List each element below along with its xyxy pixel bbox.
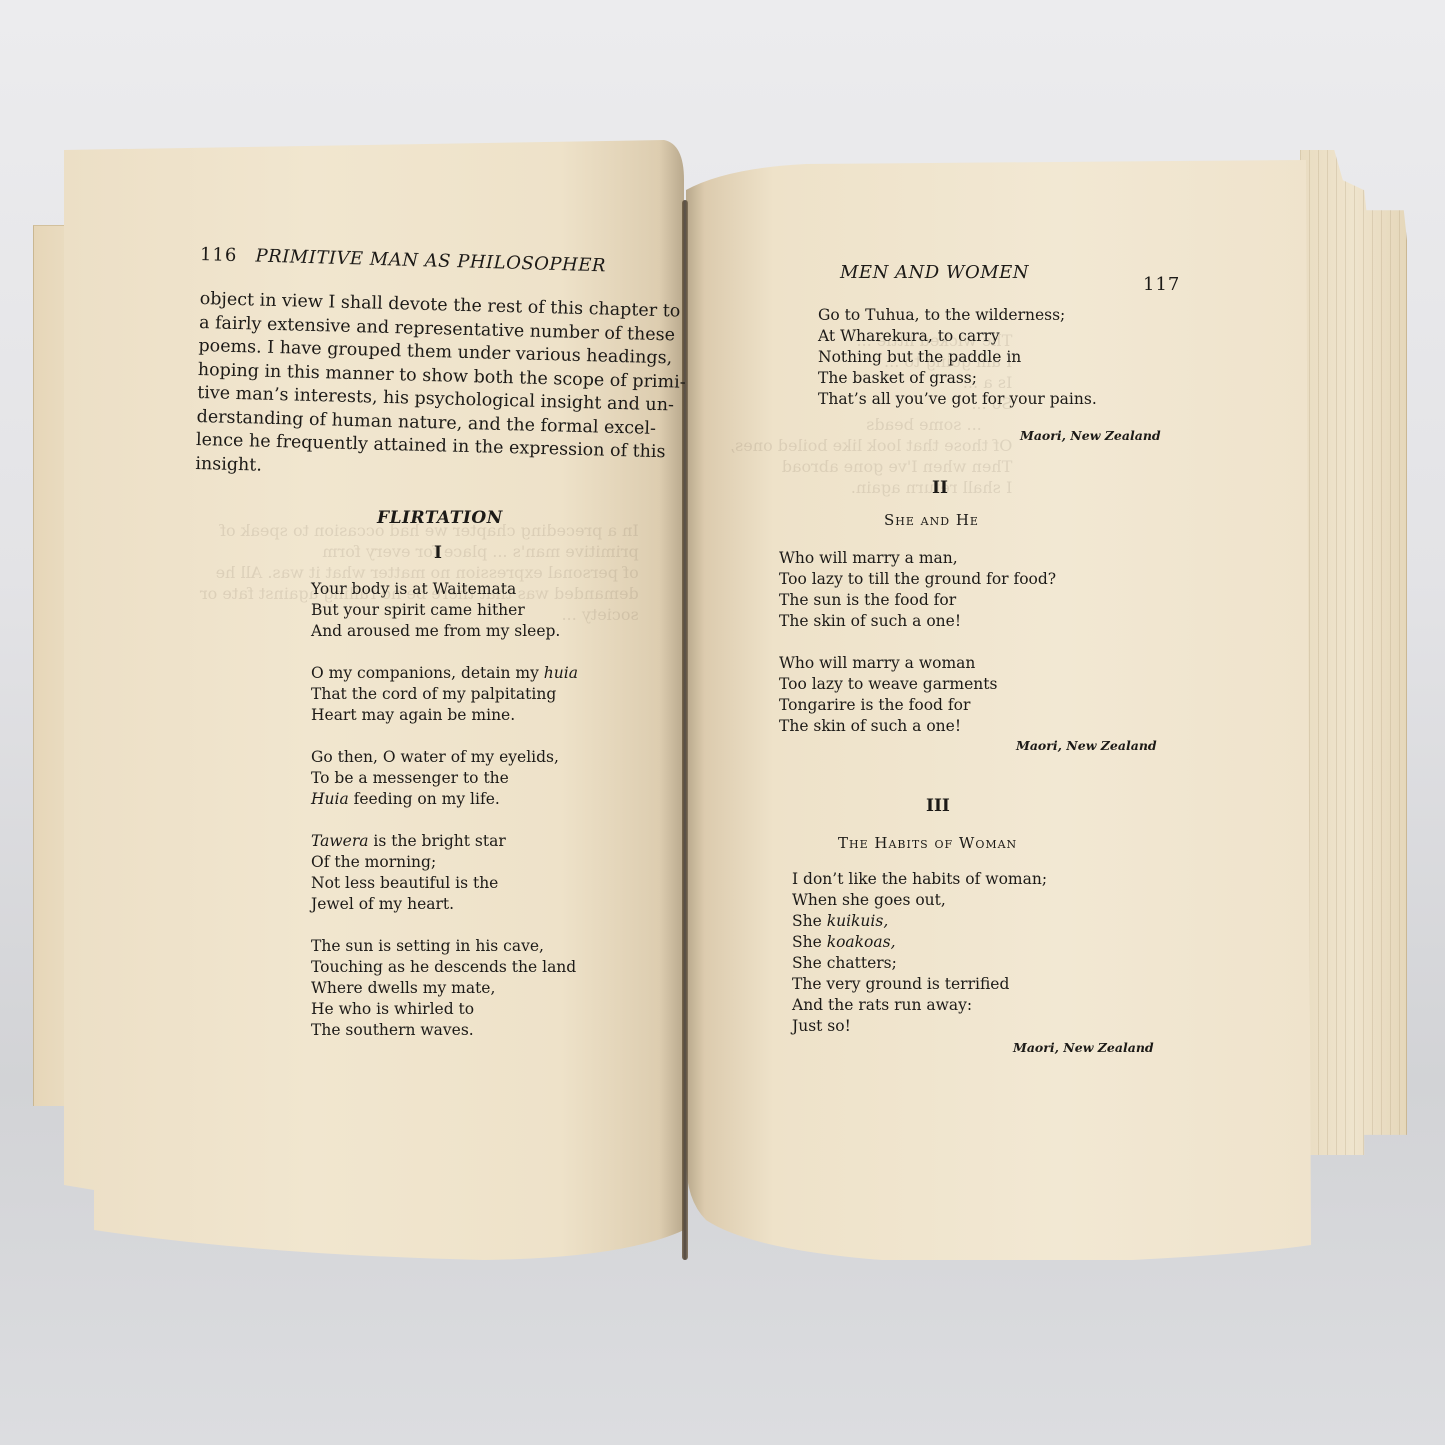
verse-line: O my companions, detain my huia [311,663,578,684]
verse-line: Who will marry a woman [779,653,1056,674]
verse-line: Huia feeding on my life. [311,789,578,810]
poem-number-ii: II [932,478,948,498]
stanza: Who will marry a man, Too lazy to till t… [779,548,1056,632]
verse-line: I don’t like the habits of woman; [792,869,1047,890]
poem-habits-of-woman: I don’t like the habits of woman; When s… [792,869,1047,1037]
attribution-2: Maori, New Zealand [1016,738,1157,753]
verse-text: O my companions, detain my [311,664,544,682]
verse-line: Go to Tuhua, to the wilderness; [818,305,1097,326]
stanza: Who will marry a woman Too lazy to weave… [779,653,1056,737]
verse-line: She kuikuis, [792,911,1047,932]
verse-line: He who is whirled to [311,999,578,1020]
verse-line: But your spirit came hither [311,600,578,621]
verse-line: Nothing but the paddle in [818,347,1097,368]
verse-line: Tawera is the bright star [311,831,578,852]
verse-text: feeding on my life. [349,790,500,808]
italic-word: Tawera [311,832,368,850]
poem-title-she-and-he: She and He [884,511,979,529]
verse-line: Where dwells my mate, [311,978,578,999]
stanza: Your body is at Waitemata But your spiri… [311,579,578,642]
verse-text: She [792,933,827,951]
verse-line: Of the morning; [311,852,578,873]
verse-line: When she goes out, [792,890,1047,911]
poem-continued: Go to Tuhua, to the wilderness; At Whare… [818,305,1097,410]
verse-line: Your body is at Waitemata [311,579,578,600]
verse-line: The skin of such a one! [779,611,1056,632]
book-spine-gutter [682,200,688,1260]
verse-line: Who will marry a man, [779,548,1056,569]
verse-line: Heart may again be mine. [311,705,578,726]
verse-line: And the rats run away: [792,995,1047,1016]
verse-line: Not less beautiful is the [311,873,578,894]
verse-line: Too lazy to till the ground for food? [779,569,1056,590]
verse-line: The very ground is terrified [792,974,1047,995]
verse-line: The sun is the food for [779,590,1056,611]
verse-line: And aroused me from my sleep. [311,621,578,642]
verse-text: She [792,912,827,930]
verse-text: is the bright star [368,832,505,850]
verse-line: That’s all you’ve got for your pains. [818,389,1097,410]
attribution-1: Maori, New Zealand [1020,428,1161,443]
stanza: Tawera is the bright star Of the morning… [311,831,578,915]
italic-word: huia [544,664,578,682]
verse-line: Touching as he descends the land [311,957,578,978]
poem-title-habits-of-woman: The Habits of Woman [838,834,1017,852]
poem-flirtation: Your body is at Waitemata But your spiri… [311,579,578,1041]
verse-line: Tongarire is the food for [779,695,1056,716]
verse-line: Jewel of my heart. [311,894,578,915]
italic-word: Huia [311,790,349,808]
italic-word: koakoas, [827,933,896,951]
stanza: Go then, O water of my eyelids, To be a … [311,747,578,810]
verse-line: The basket of grass; [818,368,1097,389]
stanza: O my companions, detain my huia That the… [311,663,578,726]
verse-line: She koakoas, [792,932,1047,953]
poem-she-and-he: Who will marry a man, Too lazy to till t… [779,548,1056,737]
verse-line: That the cord of my palpitating [311,684,578,705]
running-head-title-right: MEN AND WOMEN [840,262,1029,283]
stanza: The sun is setting in his cave, Touching… [311,936,578,1041]
book-page-stack-right [1300,150,1407,1155]
poem-number-i: I [434,543,442,563]
attribution-3: Maori, New Zealand [1013,1040,1154,1055]
verse-line: She chatters; [792,953,1047,974]
poem-number-iii: III [926,796,950,816]
verse-line: Go then, O water of my eyelids, [311,747,578,768]
verse-line: At Wharekura, to carry [818,326,1097,347]
section-title-flirtation: FLIRTATION [377,508,503,528]
page-number-right: 117 [1143,274,1180,295]
verse-line: Just so! [792,1016,1047,1037]
page-number-left: 116 [200,244,238,266]
verse-line: To be a messenger to the [311,768,578,789]
prose-paragraph: object in view I shall devote the rest o… [195,288,658,488]
verse-line: The skin of such a one! [779,716,1056,737]
verse-line: The sun is setting in his cave, [311,936,578,957]
italic-word: kuikuis, [827,912,889,930]
verse-line: Too lazy to weave garments [779,674,1056,695]
verse-line: The southern waves. [311,1020,578,1041]
